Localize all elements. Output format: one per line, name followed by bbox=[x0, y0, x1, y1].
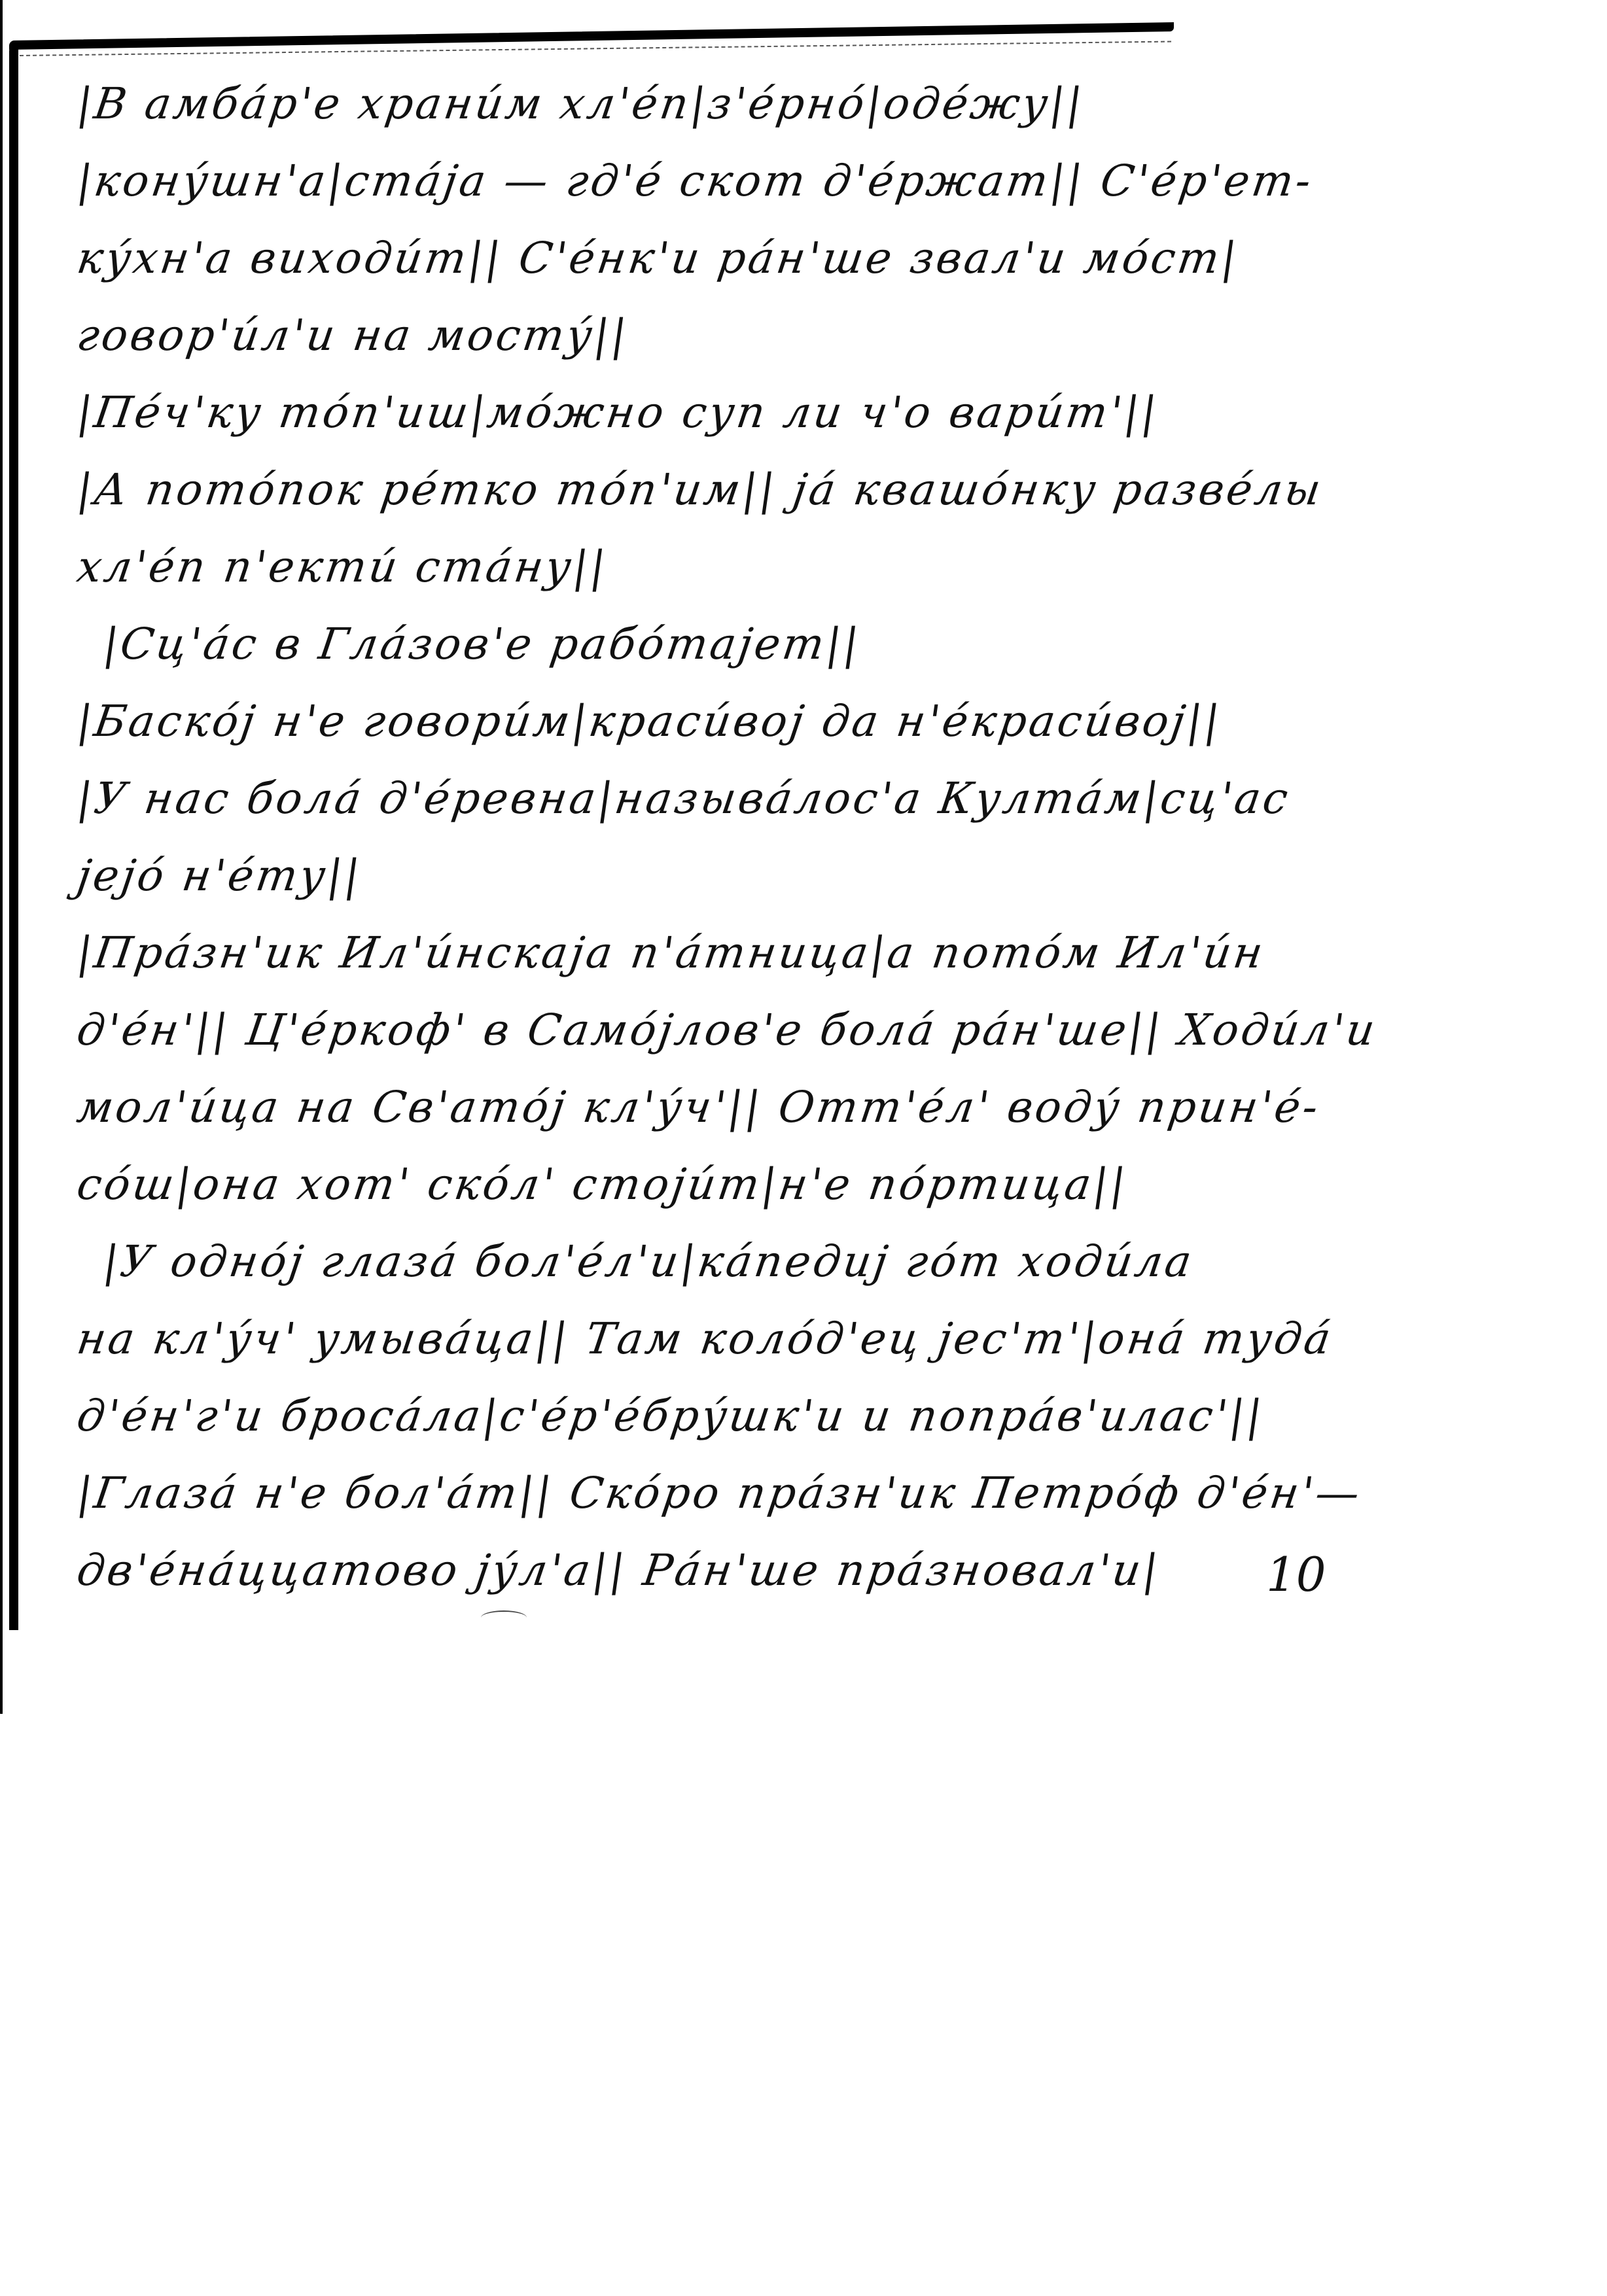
top-border-bar bbox=[9, 22, 1174, 50]
handwritten-text-block: |В амба́р'е храни́м хл'е́п|з'е́рно́|оде́… bbox=[72, 65, 1381, 1609]
text-line: со́ш|она хот' ско́л' стоји́т|н'е по́ртиц… bbox=[72, 1146, 1392, 1223]
text-line: |В амба́р'е храни́м хл'е́п|з'е́рно́|оде́… bbox=[72, 65, 1392, 143]
text-line: на кл'у́ч' умыва́ца|| Там коло́д'ец јес'… bbox=[72, 1300, 1392, 1378]
page-edge-shadow bbox=[0, 0, 3, 1714]
text-line: |У нас бола́ д'е́ревна|называ́лос'а Култ… bbox=[72, 760, 1392, 837]
text-line: д'е́н'|| Ц'е́ркоф' в Само́јлов'е бола́ р… bbox=[72, 992, 1392, 1069]
page-number: 10 bbox=[1266, 1547, 1326, 1602]
text-line: |Пра́зн'ик Ил'и́нскаја п'а́тница|а пото́… bbox=[72, 914, 1392, 992]
text-line: |Пе́ч'ку то́п'иш|мо́жно суп ли ч'о вари́… bbox=[72, 374, 1392, 451]
text-line: |Сц'а́с в Гла́зов'е рабо́тајет|| bbox=[72, 606, 1392, 683]
text-line: ку́хн'а виходи́т|| С'е́нк'и ра́н'ше звал… bbox=[72, 220, 1392, 297]
text-line: мол'и́ца на Св'ато́ј кл'у́ч'|| Отт'е́л' … bbox=[72, 1069, 1392, 1146]
left-border-bar bbox=[9, 47, 18, 1630]
text-line: јејо́ н'е́ту|| bbox=[72, 837, 1392, 914]
stray-arc-mark bbox=[481, 1610, 527, 1625]
text-line: |Глаза́ н'е бол'а́т|| Ско́ро пра́зн'ик П… bbox=[72, 1455, 1392, 1532]
text-line: |Баско́ј н'е говори́м|краси́воj да н'е́к… bbox=[72, 683, 1392, 760]
text-line: дв'е́на́ццатово ју́л'а|| Ра́н'ше пра́зно… bbox=[72, 1532, 1392, 1609]
text-line: |А пото́пок ре́тко то́п'им|| ја́ квашо́н… bbox=[72, 451, 1392, 529]
scanned-page: |В амба́р'е храни́м хл'е́п|з'е́рно́|оде́… bbox=[0, 0, 1607, 2296]
text-line: хл'е́п п'екти́ ста́ну|| bbox=[72, 529, 1392, 606]
text-line: д'е́н'г'и броса́ла|с'е́р'е́бру́шк'и и по… bbox=[72, 1378, 1392, 1455]
text-line: |У одно́ј глаза́ бол'е́л'и|ка́педиј го́т… bbox=[72, 1223, 1392, 1300]
text-line: говор'и́л'и на мосту́|| bbox=[72, 297, 1392, 374]
text-line: |кону́шн'а|ста́ја — гд'е́ скот д'е́ржат|… bbox=[72, 143, 1392, 220]
